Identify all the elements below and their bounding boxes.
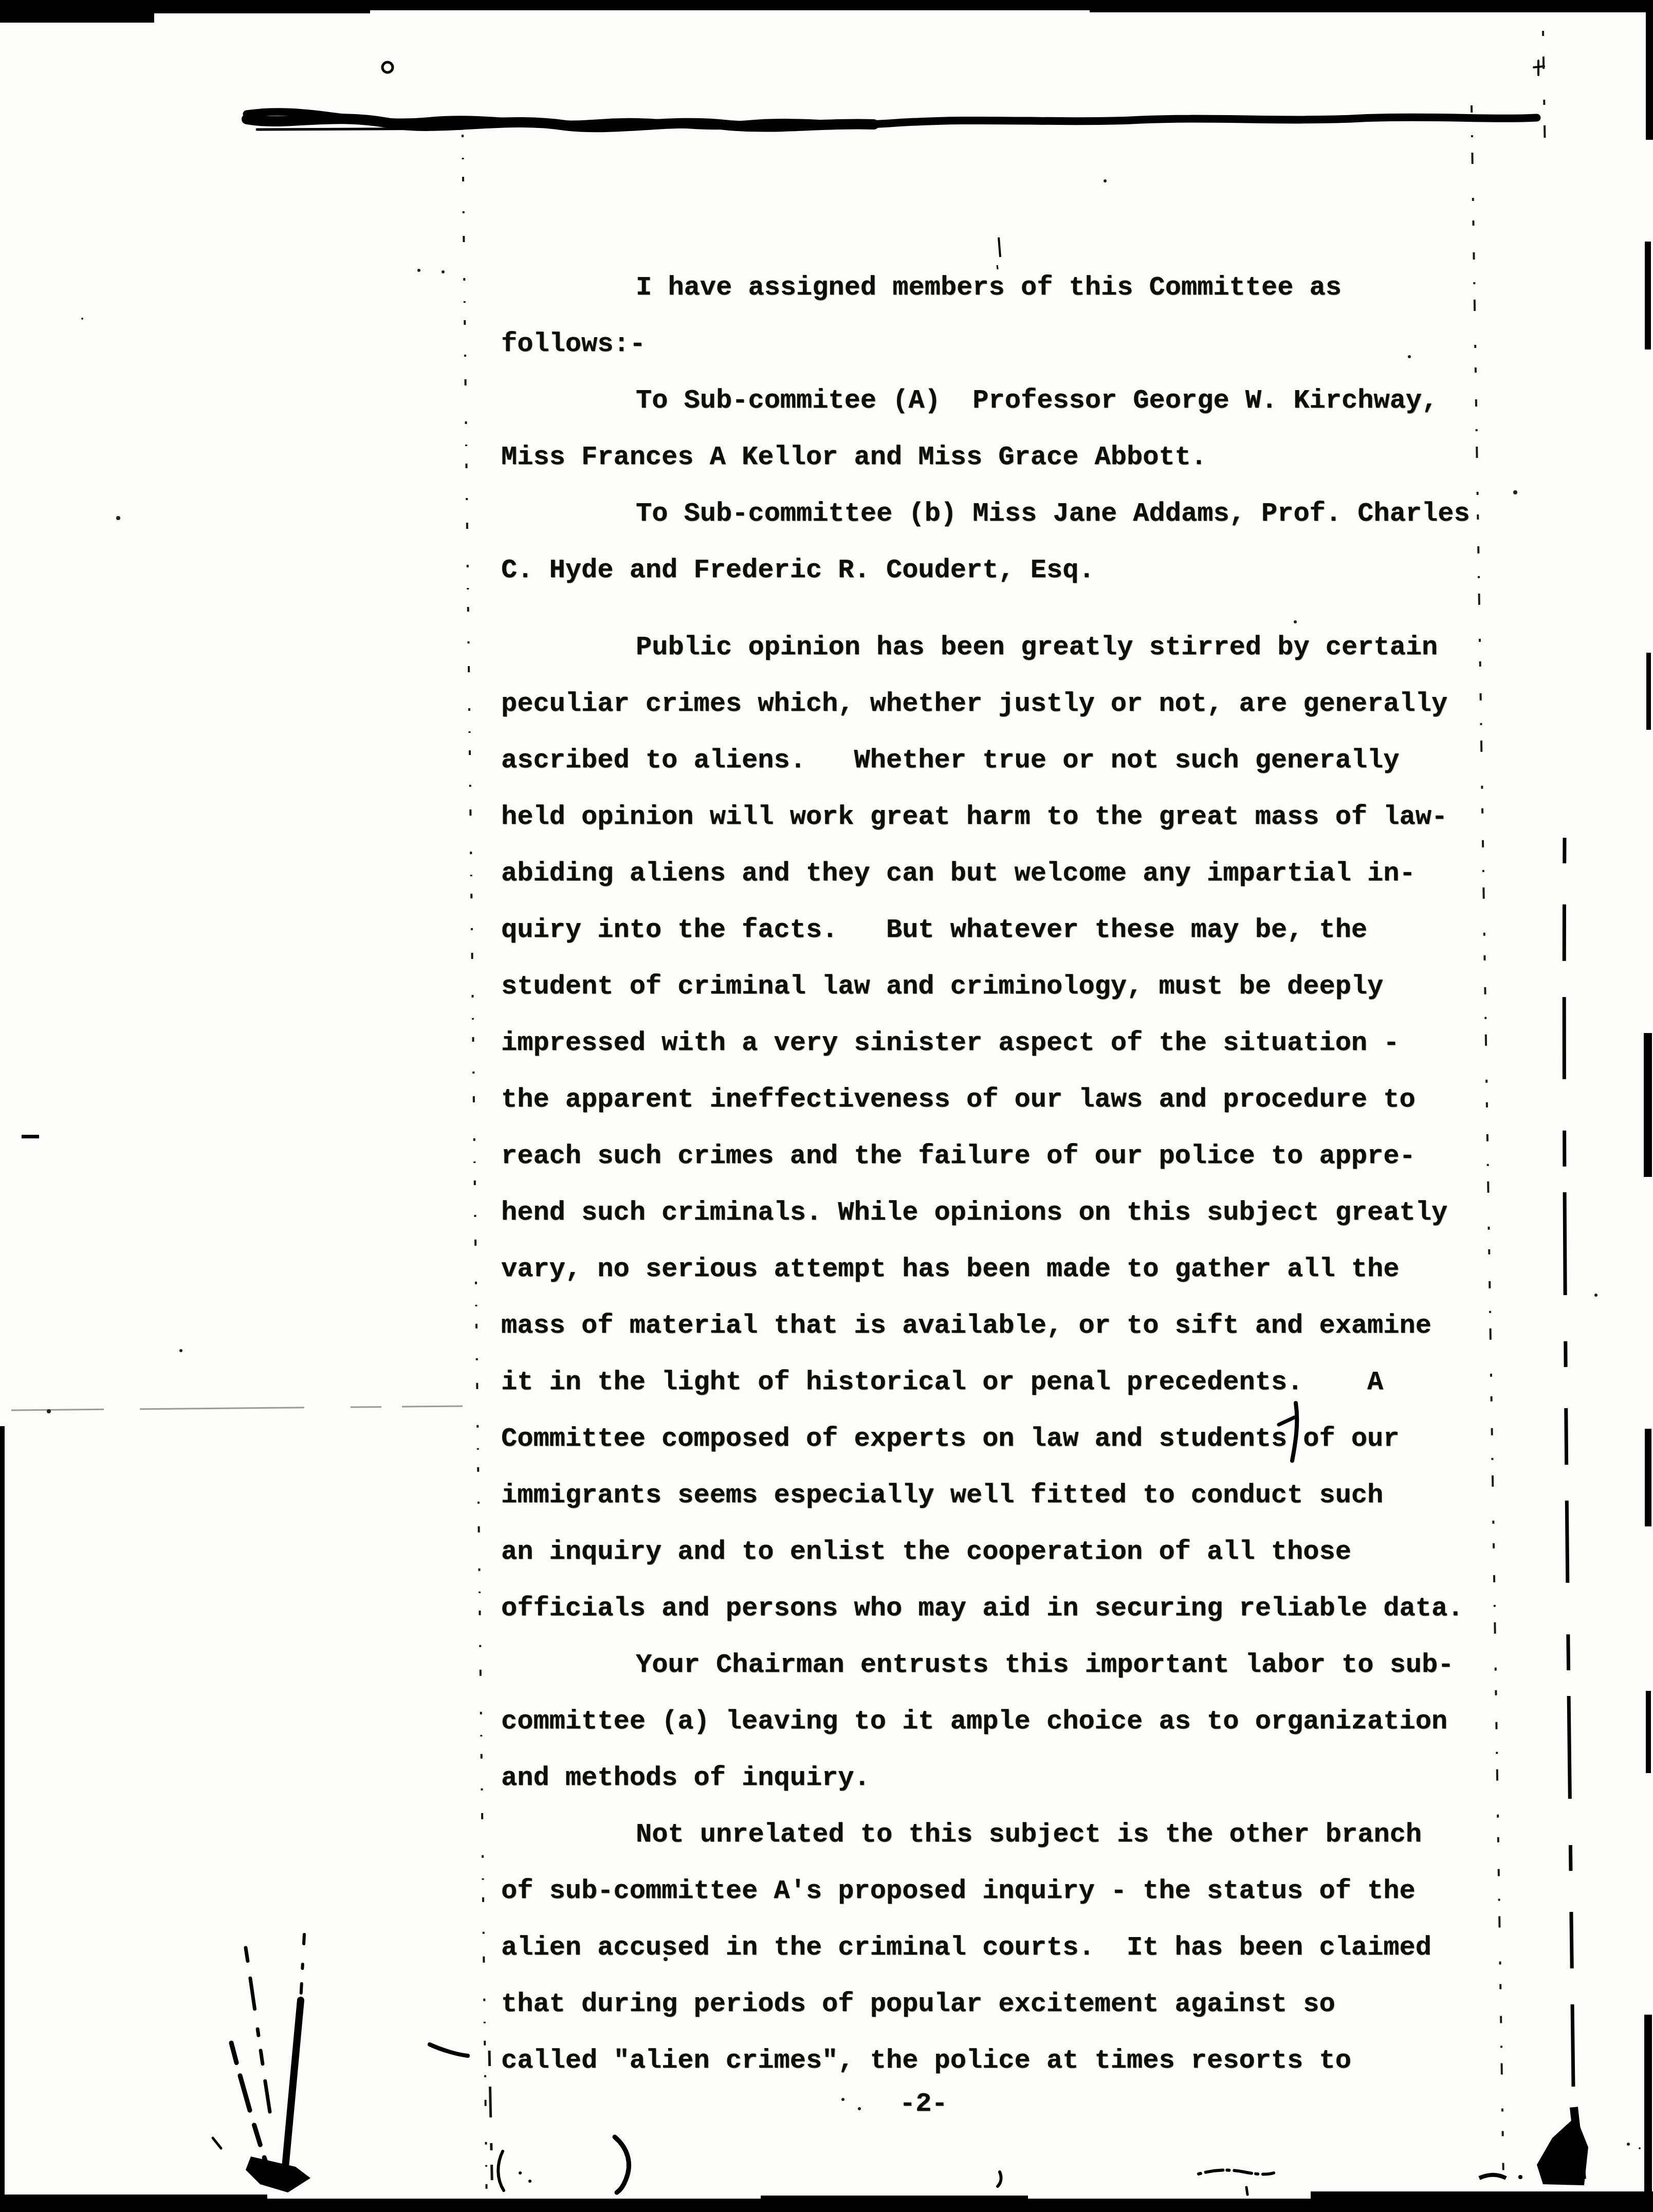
scan-artifact-bottom-edge [0, 2191, 1653, 2212]
document-line: follows:- [501, 328, 1470, 384]
document-line: ascribed to aliens. Whether true or not … [501, 744, 1470, 801]
document-line: Miss Frances A Kellor and Miss Grace Abb… [501, 441, 1470, 497]
document-line: quiry into the facts. But whatever these… [501, 914, 1470, 970]
document-line: and methods of inquiry. [501, 1762, 1470, 1818]
document-line: mass of material that is available, or t… [501, 1310, 1470, 1366]
document-line: the apparent ineffectiveness of our laws… [501, 1083, 1470, 1140]
document-line: an inquiry and to enlist the cooperation… [501, 1536, 1470, 1592]
document-line: Public opinion has been greatly stirred … [501, 631, 1470, 688]
scan-artifact-right-edge-strips [1644, 11, 1653, 2195]
document-line: of sub-committee A's proposed inquiry - … [501, 1875, 1470, 1931]
document-line: peculiar crimes which, whether justly or… [501, 688, 1470, 744]
scan-artifact-left-edge-strip [0, 1135, 39, 2212]
document-line: impressed with a very sinister aspect of… [501, 1027, 1470, 1083]
page-number: -2- [899, 2088, 948, 2121]
document-line: hend such criminals. While opinions on t… [501, 1196, 1470, 1253]
typewritten-text: I have assigned members of this Committe… [501, 271, 1470, 2101]
document-line: Committee composed of experts on law and… [501, 1423, 1470, 1479]
document-line: alien accused in the criminal courts. It… [501, 1931, 1470, 1988]
document-line: reach such crimes and the failure of our… [501, 1140, 1470, 1196]
document-page: I have assigned members of this Committe… [0, 0, 1653, 2212]
scan-artifact-stray-marks [382, 62, 1000, 269]
document-line: vary, no serious attempt has been made t… [501, 1253, 1470, 1310]
scan-artifact-top-edge [0, 0, 1653, 23]
document-line: Your Chairman entrusts this important la… [501, 1649, 1470, 1705]
document-line: it in the light of historical or penal p… [501, 1366, 1470, 1423]
scan-artifact-page-edge-line [1479, 838, 1588, 2185]
scan-artifact-margin-dotted-line [463, 135, 492, 2210]
document-line: immigrants seems especially well fitted … [501, 1479, 1470, 1536]
scan-artifact-scratch-line [247, 61, 1544, 130]
document-line: C. Hyde and Frederic R. Coudert, Esq. [501, 554, 1470, 611]
scan-artifact-faint-line [11, 1406, 463, 1410]
document-line: To Sub-committee (b) Miss Jane Addams, P… [501, 497, 1470, 554]
document-line: I have assigned members of this Committe… [501, 271, 1470, 328]
document-line: committee (a) leaving to it ample choice… [501, 1705, 1470, 1762]
document-line: To Sub-commitee (A) Professor George W. … [501, 384, 1470, 441]
document-line: Not unrelated to this subject is the oth… [501, 1818, 1470, 1875]
document-line: abiding aliens and they can but welcome … [501, 857, 1470, 914]
document-line: officials and persons who may aid in sec… [501, 1592, 1470, 1649]
document-line: called "alien crimes", the police at tim… [501, 2044, 1470, 2101]
scan-artifact-right-dotted-line [1472, 31, 1545, 2179]
document-line: student of criminal law and criminology,… [501, 970, 1470, 1027]
document-line: held opinion will work great harm to the… [501, 801, 1470, 857]
document-line: that during periods of popular excitemen… [501, 1988, 1470, 2044]
